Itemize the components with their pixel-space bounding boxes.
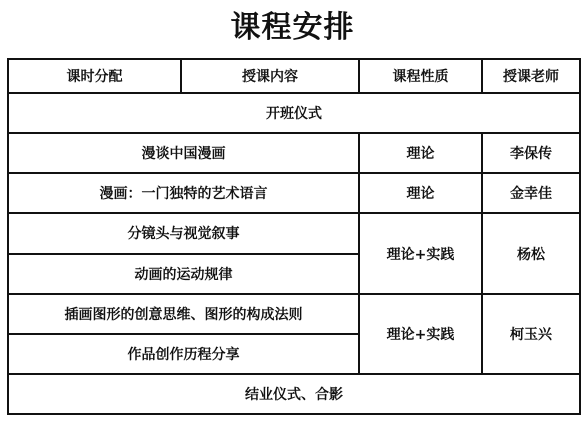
course-content: 漫画：一门独特的艺术语言 — [8, 173, 359, 213]
header-content: 授课内容 — [181, 59, 359, 93]
header-row: 课时分配 授课内容 课程性质 授课老师 — [8, 59, 580, 93]
course-type: 理论 — [359, 133, 482, 173]
course-teacher: 李保传 — [482, 133, 580, 173]
table-row: 分镜头与视觉叙事 理论+实践 杨松 — [8, 213, 580, 253]
course-type: 理论+实践 — [359, 294, 482, 374]
schedule-table: 课时分配 授课内容 课程性质 授课老师 开班仪式 漫谈中国漫画 理论 李保传 漫… — [7, 58, 581, 415]
course-content: 插画图形的创意思维、图形的构成法则 — [8, 294, 359, 334]
table-row: 漫画：一门独特的艺术语言 理论 金幸佳 — [8, 173, 580, 213]
page-title: 课程安排 — [0, 8, 585, 48]
table-row-opening: 开班仪式 — [8, 93, 580, 133]
course-type: 理论+实践 — [359, 213, 482, 293]
table-row-closing: 结业仪式、合影 — [8, 374, 580, 414]
header-time-allocation: 课时分配 — [8, 59, 181, 93]
course-teacher: 杨松 — [482, 213, 580, 293]
table-row: 插画图形的创意思维、图形的构成法则 理论+实践 柯玉兴 — [8, 294, 580, 334]
course-teacher: 柯玉兴 — [482, 294, 580, 374]
course-content: 动画的运动规律 — [8, 254, 359, 294]
header-course-type: 课程性质 — [359, 59, 482, 93]
course-content: 漫谈中国漫画 — [8, 133, 359, 173]
closing-ceremony: 结业仪式、合影 — [8, 374, 580, 414]
header-teacher: 授课老师 — [482, 59, 580, 93]
course-content: 分镜头与视觉叙事 — [8, 213, 359, 253]
course-type: 理论 — [359, 173, 482, 213]
course-teacher: 金幸佳 — [482, 173, 580, 213]
table-row: 漫谈中国漫画 理论 李保传 — [8, 133, 580, 173]
opening-ceremony: 开班仪式 — [8, 93, 580, 133]
course-content: 作品创作历程分享 — [8, 334, 359, 374]
